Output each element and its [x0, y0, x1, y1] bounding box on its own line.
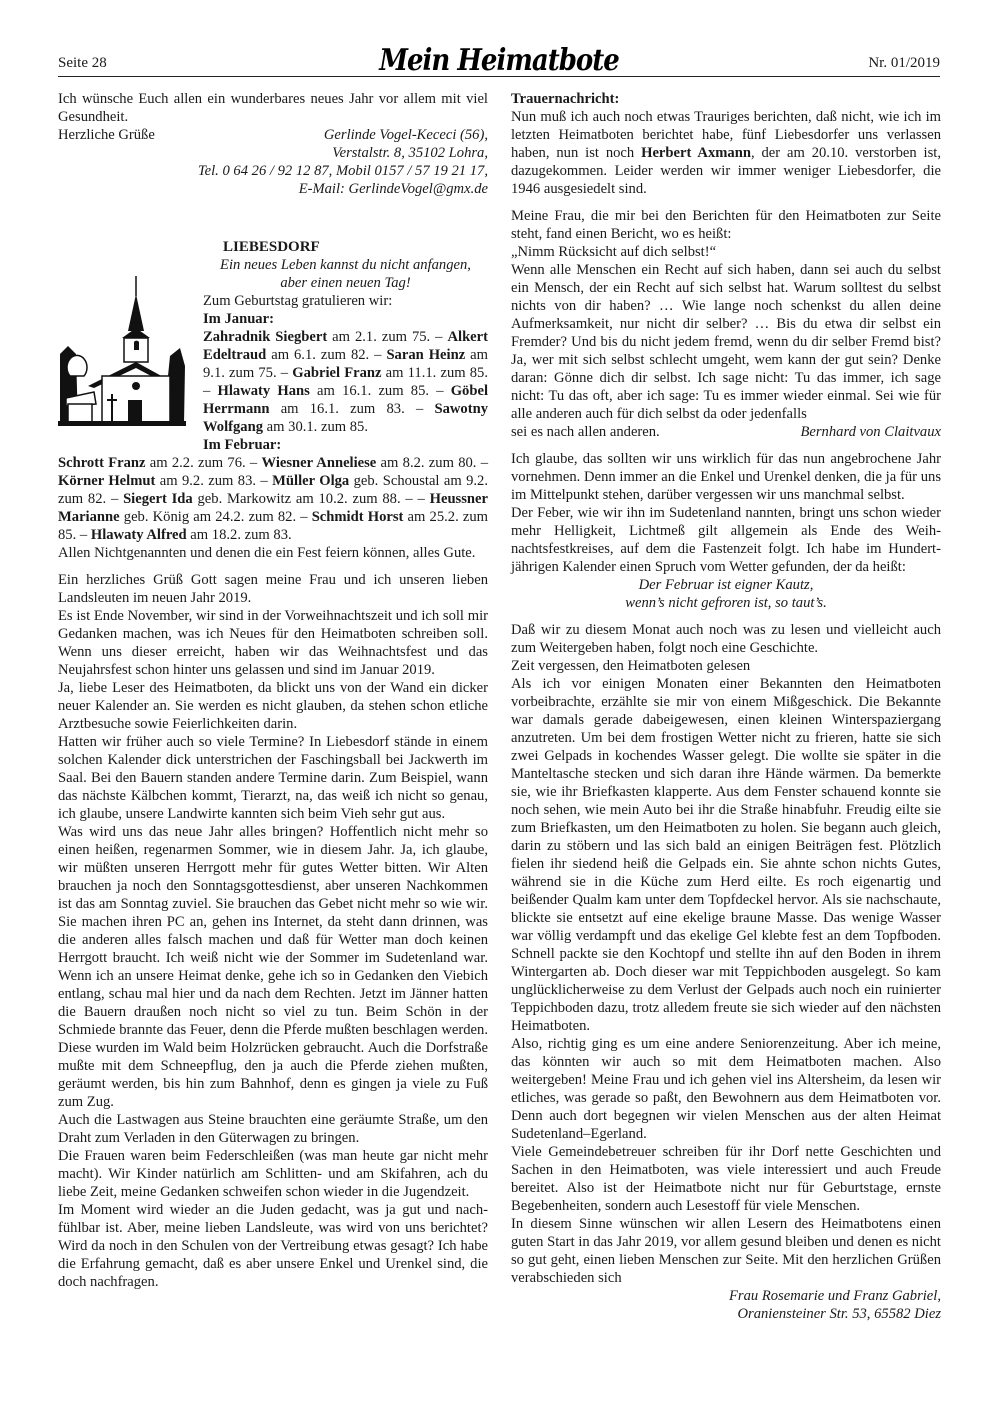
body-paragraph: Was wird uns das neue Jahr alles bringen…	[58, 823, 488, 1111]
signature-line: Oraniensteiner Str. 53, 65582 Diez	[511, 1305, 941, 1323]
church-illustration-icon	[58, 276, 186, 426]
january-birthdays: Zahradnik Siegbert am 2.1. zum 75. – Alk…	[203, 328, 488, 436]
body-paragraph: Viele Gemeindebetreuer schreiben für ihr…	[511, 1143, 941, 1215]
saying-line: wenn’s nicht gefroren ist, so taut’s.	[511, 594, 941, 612]
page-header: Seite 28 Mein Heimatbote Nr. 01/2019	[58, 44, 940, 77]
greeting-closing-row: Herzliche Grüße Gerlinde Vogel-Kececi (5…	[58, 126, 488, 144]
month-heading-february: Im Februar:	[203, 436, 488, 454]
reflection-last-line: sei es nach allen anderen.	[511, 423, 660, 441]
deceased-name: Herbert Axmann	[641, 145, 751, 161]
birthday-details: am 8.2. zum 80. –	[376, 455, 488, 471]
birthday-details: am 6.1. zum 82. –	[266, 347, 386, 363]
birthday-others: Allen Nichtgenannten und denen die ein F…	[58, 544, 488, 562]
birthday-details: am 2.1. zum 75. –	[327, 329, 447, 345]
motto-line: Ein neues Leben kannst du nicht anfangen…	[203, 256, 488, 274]
quote-author: Bernhard von Claitvaux	[800, 423, 941, 441]
reflection-quote-title: „Nimm Rücksicht auf dich selbst!“	[511, 243, 941, 261]
body-paragraph: Ich glaube, das sollten wir uns wirklich…	[511, 450, 941, 504]
body-paragraph: Auch die Lastwagen aus Steine brauchten …	[58, 1111, 488, 1147]
birthday-name: Körner Helmut	[58, 473, 155, 489]
issue-number: Nr. 01/2019	[868, 55, 940, 72]
body-paragraph: Daß wir zu diesem Monat auch noch was zu…	[511, 621, 941, 657]
month-heading-january: Im Januar:	[203, 310, 488, 328]
saying-line: Der Februar ist eigner Kautz,	[511, 576, 941, 594]
birthday-details: geb. Markowitz am 10.2. zum 88. – –	[193, 491, 430, 507]
body-paragraph: Ein herzliches Grüß Gott sagen meine Fra…	[58, 571, 488, 607]
february-birthdays: Schrott Franz am 2.2. zum 76. – Wiesner …	[58, 454, 488, 544]
birthday-name: Hlawaty Alfred	[91, 527, 187, 543]
birthday-name: Siegert Ida	[123, 491, 193, 507]
birthday-name: Schrott Franz	[58, 455, 146, 471]
greeting-closing: Herzliche Grüße	[58, 126, 155, 144]
body-paragraph: Es ist Ende November, wir sind in der Vo…	[58, 607, 488, 679]
birthday-details: am 16.1. zum 85. –	[310, 383, 451, 399]
birthday-name: Müller Olga	[272, 473, 349, 489]
sender-line: Gerlinde Vogel-Kececi (56),	[324, 126, 488, 144]
left-column: Ich wünsche Euch allen ein wunderbares n…	[58, 90, 488, 1291]
body-paragraph: In diesem Sinne wünschen wir allen Leser…	[511, 1215, 941, 1287]
birthday-name: Zahradnik Siegbert	[203, 329, 327, 345]
body-paragraph: Also, richtig ging es um eine andere Sen…	[511, 1035, 941, 1143]
newspaper-page: Seite 28 Mein Heimatbote Nr. 01/2019 Ich…	[58, 44, 940, 77]
greeting-text: Ich wünsche Euch allen ein wunderbares n…	[58, 90, 488, 126]
section-title-liebesdorf: LIEBESDORF	[223, 238, 488, 256]
birthday-details: am 18.2. zum 83.	[187, 527, 292, 543]
sender-line: Tel. 0 64 26 / 92 12 87, Mobil 0157 / 57…	[58, 162, 488, 180]
birthday-details: am 2.2. zum 76. –	[146, 455, 262, 471]
birthday-name: Schmidt Horst	[312, 509, 404, 525]
reflection-intro: Meine Frau, die mir bei den Berichten fü…	[511, 207, 941, 243]
body-paragraph: Im Moment wird wieder an die Juden gedac…	[58, 1201, 488, 1291]
birthday-name: Wiesner Anneliese	[261, 455, 376, 471]
birthday-details: am 9.2. zum 83. –	[155, 473, 272, 489]
birthday-name: Gabriel Franz	[292, 365, 381, 381]
motto-line: aber einen neuen Tag!	[203, 274, 488, 292]
reflection-attribution-row: sei es nach allen anderen. Bernhard von …	[511, 423, 941, 441]
obituary-text: Nun muß ich auch noch etwas Trauriges be…	[511, 108, 941, 198]
birthday-name: Hlawaty Hans	[218, 383, 310, 399]
body-paragraph: Hatten wir früher auch so viele Termine?…	[58, 733, 488, 823]
masthead-logo: Mein Heimatbote	[379, 46, 619, 76]
body-paragraph: Ja, liebe Leser des Heimatboten, da blic…	[58, 679, 488, 733]
reflection-body: Wenn alle Menschen ein Recht auf sich ha…	[511, 261, 941, 423]
page-number: Seite 28	[58, 55, 107, 72]
obituary-heading: Trauernachricht:	[511, 90, 941, 108]
body-paragraph: Die Frauen waren beim Federschleißen (wa…	[58, 1147, 488, 1201]
birthday-details: geb. König am 24.2. zum 82. –	[120, 509, 312, 525]
sender-line: E-Mail: GerlindeVogel@gmx.de	[58, 180, 488, 198]
birthday-name: Saran Heinz	[386, 347, 465, 363]
birthday-details: am 16.1. zum 83. –	[269, 401, 434, 417]
right-column: Trauernachricht: Nun muß ich auch noch e…	[511, 90, 941, 1323]
birthday-section: Ein neues Leben kannst du nicht anfangen…	[58, 256, 488, 454]
sender-line: Verstalstr. 8, 35102 Lohra,	[58, 144, 488, 162]
body-paragraph: Als ich vor einigen Monaten einer Bekann…	[511, 675, 941, 1035]
birthday-intro: Ein neues Leben kannst du nicht anfangen…	[203, 256, 488, 454]
signature-line: Frau Rosemarie und Franz Gabriel,	[511, 1287, 941, 1305]
story-title: Zeit vergessen, den Heimatboten gelesen	[511, 657, 941, 675]
birthday-details: am 30.1. zum 85.	[263, 419, 368, 435]
birthday-greeting: Zum Geburtstag gratulieren wir:	[203, 292, 488, 310]
body-paragraph: Der Feber, wie wir ihn im Sudetenland na…	[511, 504, 941, 576]
